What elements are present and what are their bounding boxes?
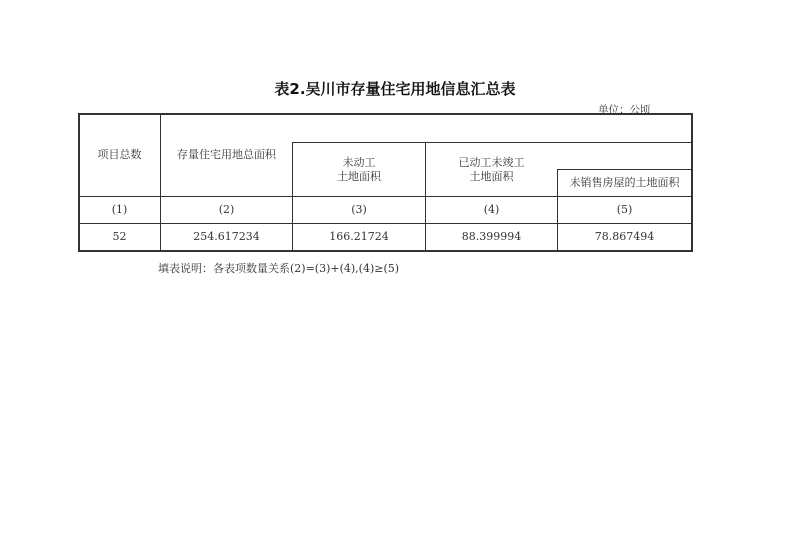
index-cell-2: (2) <box>161 197 292 223</box>
index-cell-3: (3) <box>293 197 425 223</box>
data-not-started-area: 166.21724 <box>293 224 425 250</box>
header-project-count: 项目总数 <box>79 114 160 196</box>
header-total-area: 存量住宅用地总面积 <box>161 114 292 196</box>
data-unsold-area: 78.867494 <box>558 224 691 250</box>
index-cell-4: (4) <box>426 197 557 223</box>
data-started-unfinished-area: 88.399994 <box>426 224 557 250</box>
header-not-started: 未动工 土地面积 <box>293 143 425 196</box>
header-started-unfinished-line1: 已动工未竣工 <box>459 156 525 170</box>
header-unsold-area: 未销售房屋的土地面积 <box>558 170 691 196</box>
index-cell-1: (1) <box>79 197 160 223</box>
unit-label: 单位：公顷 <box>598 102 651 117</box>
header-started-unfinished-line2: 土地面积 <box>470 170 514 184</box>
header-not-started-line2: 土地面积 <box>337 170 381 184</box>
header-not-started-line1: 未动工 <box>343 156 376 170</box>
index-cell-5: (5) <box>558 197 691 223</box>
data-total-area: 254.617234 <box>161 224 292 250</box>
header-started-unfinished: 已动工未竣工 土地面积 <box>426 143 557 196</box>
data-project-count: 52 <box>79 224 160 250</box>
table-title: 表2.吴川市存量住宅用地信息汇总表 <box>0 78 790 99</box>
table-border-bottom <box>78 250 693 252</box>
table-border-right <box>691 113 693 252</box>
table-note: 填表说明：各表项数量关系(2)=(3)+(4),(4)≥(5) <box>158 260 399 276</box>
